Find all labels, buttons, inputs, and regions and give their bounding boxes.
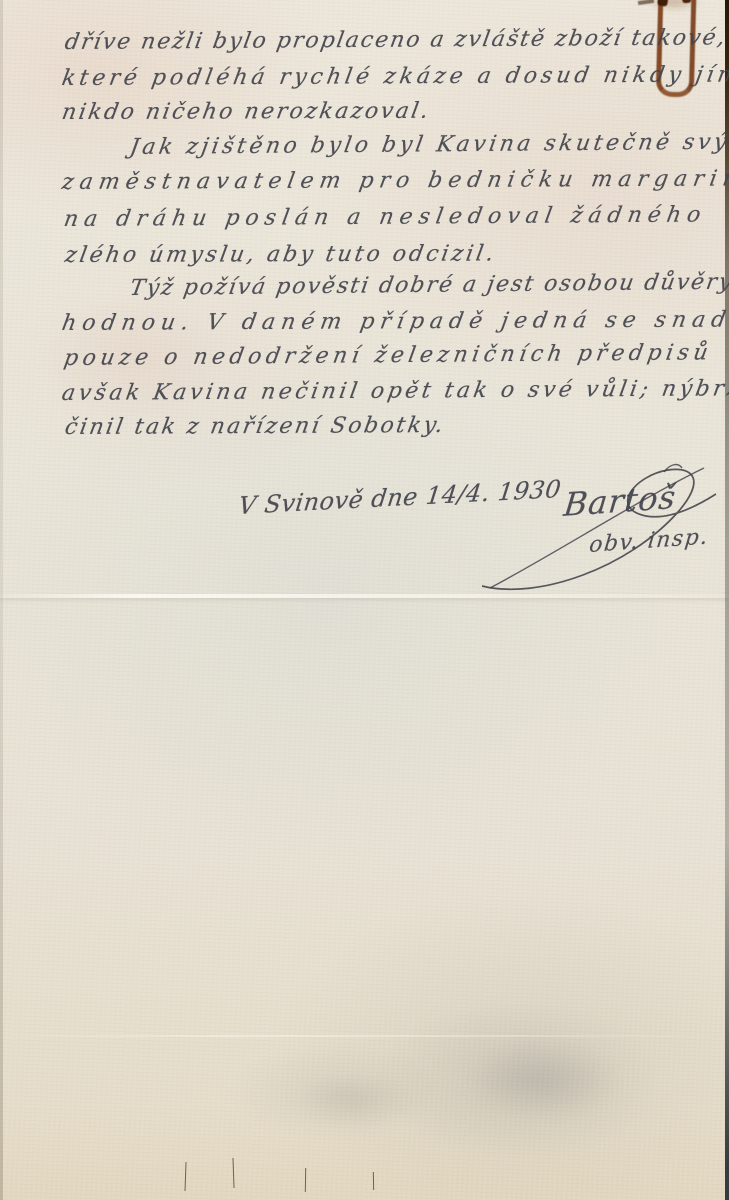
handwriting-line: zlého úmyslu, aby tuto odcizil.: [63, 241, 498, 268]
handwriting-line: nikdo ničeho nerozkazoval.: [60, 99, 433, 125]
handwriting-line: hodnou. V daném případě jedná se snad: [60, 307, 729, 336]
handwriting-line: na dráhu poslán a nesledoval žádného: [62, 202, 708, 232]
handwriting-line: činil tak z nařízení Sobotky.: [63, 413, 447, 440]
handwriting-line: dříve nežli bylo proplaceno a zvláště zb…: [63, 25, 729, 55]
handwriting-line: které podléhá rychlé zkáze a dosud nikdy…: [60, 62, 729, 91]
handwriting-line: avšak Kavina nečinil opět tak o své vůli…: [60, 376, 729, 406]
handwriting-line: Jak zjištěno bylo byl Kavina skutečně sv…: [128, 130, 729, 160]
handwriting-line: zaměstnavatelem pro bedničku margarinu: [60, 166, 729, 195]
scanned-document: dříve nežli bylo proplaceno a zvláště zb…: [0, 0, 729, 1200]
signature: Bartoš: [562, 478, 678, 524]
